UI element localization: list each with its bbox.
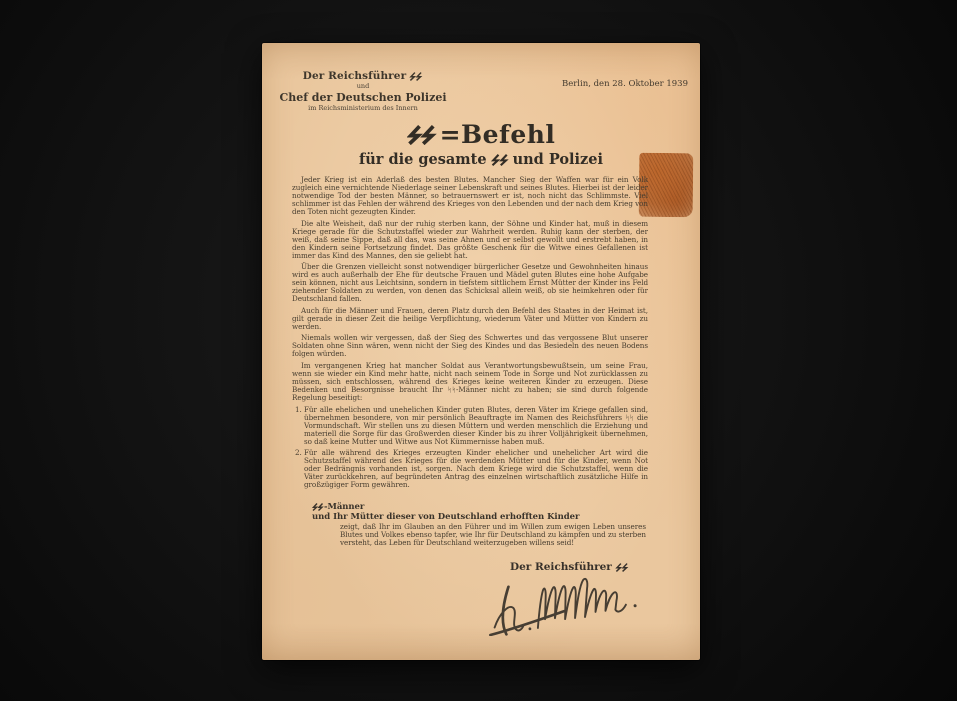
document-page: Der Reichsführer und Chef der Deutschen … (262, 43, 700, 660)
list-item-text: Für alle ehelichen und unehelichen Kinde… (304, 406, 648, 446)
list-item-text: Für alle während des Krieges erzeugten K… (304, 449, 648, 489)
ss-runes-icon (615, 563, 629, 572)
document-subtitle: für die gesamte und Polizei (262, 151, 700, 168)
letterhead-line3: Chef der Deutschen Polizei (278, 92, 448, 105)
body-paragraph: Auch für die Männer und Frauen, deren Pl… (292, 307, 648, 331)
signature-title: Der Reichsführer (510, 561, 629, 573)
letterhead: Der Reichsführer und Chef der Deutschen … (278, 70, 448, 113)
letterhead-line2: und (278, 83, 448, 90)
dateline: Berlin, den 28. Oktober 1939 (562, 79, 688, 89)
dark-backdrop: Der Reichsführer und Chef der Deutschen … (0, 0, 957, 701)
ss-runes-icon (491, 154, 509, 166)
subtitle-pre: für die gesamte (359, 151, 487, 168)
closing-section: -Männer und Ihr Mütter dieser von Deutsc… (312, 503, 648, 548)
closing-heading-line1-text: -Männer (324, 503, 364, 511)
subtitle-post: und Polizei (513, 151, 603, 168)
list-item: 1. Für alle ehelichen und unehelichen Ki… (292, 406, 648, 446)
title-text: =Befehl (440, 120, 556, 149)
handwritten-signature (486, 574, 664, 636)
closing-heading-line2: und Ihr Mütter dieser von Deutschland er… (312, 513, 648, 521)
closing-heading-line1: -Männer (312, 503, 648, 511)
body-paragraph: Über die Grenzen vielleicht sonst notwen… (292, 263, 648, 303)
ss-runes-icon (409, 72, 423, 81)
letterhead-line1: Der Reichsführer (278, 70, 448, 82)
list-item-number: 2. (292, 449, 304, 489)
signature-title-text: Der Reichsführer (510, 561, 612, 573)
letterhead-line1-text: Der Reichsführer (303, 70, 406, 82)
body-paragraph: Jeder Krieg ist ein Aderlaß des besten B… (292, 176, 648, 216)
numbered-list: 1. Für alle ehelichen und unehelichen Ki… (292, 406, 648, 489)
ss-runes-icon (407, 125, 437, 145)
document-title: =Befehl (262, 120, 700, 149)
list-item-number: 1. (292, 406, 304, 446)
list-item: 2. Für alle während des Krieges erzeugte… (292, 449, 648, 489)
body-paragraph: Die alte Weisheit, daß nur der ruhig ste… (292, 220, 648, 260)
body-paragraph: Im vergangenen Krieg hat mancher Soldat … (292, 362, 648, 402)
letterhead-line4: im Reichsministerium des Innern (278, 105, 448, 112)
closing-paragraph: zeigt, daß Ihr im Glauben an den Führer … (340, 523, 646, 547)
body-paragraph: Niemals wollen wir vergessen, daß der Si… (292, 334, 648, 358)
ss-runes-icon (312, 503, 324, 511)
body-text-column: Jeder Krieg ist ein Aderlaß des besten B… (292, 176, 648, 578)
